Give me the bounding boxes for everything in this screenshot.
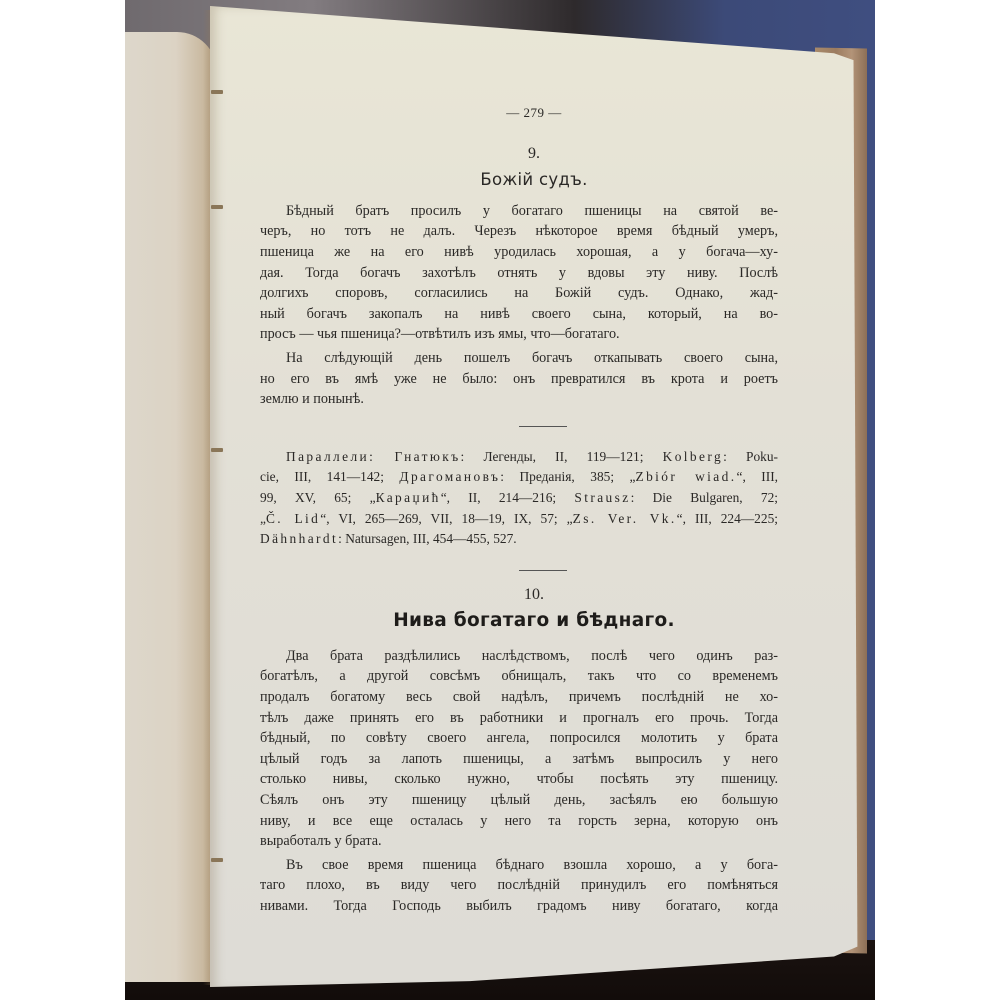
binding-stitch	[211, 90, 223, 94]
reference-line: cie, III, 141—142; Драгомановъ: Преданія…	[260, 467, 778, 488]
paragraph: На слѣдующій день пошелъ богачъ откапыва…	[260, 348, 778, 410]
page-content: — 279 — 9. Божій судъ. Бѣдный братъ прос…	[260, 103, 778, 917]
text-line: Въ свое время пшеница бѣднаго взошла хор…	[260, 855, 778, 876]
text-line: бѣдный, по совѣту своего ангела, попроси…	[260, 728, 778, 749]
text-line: ный богачъ закопалъ на нивѣ своего сына,…	[260, 304, 778, 325]
text-line: тѣлъ даже принять его въ работники и про…	[260, 708, 778, 729]
binding-stitch	[211, 858, 223, 862]
reference-line: Dähnhardt: Natursagen, III, 454—455, 527…	[260, 529, 778, 550]
section-title: Нива богатаго и бѣднаго.	[290, 611, 778, 632]
binding-stitch	[211, 205, 223, 209]
section-divider	[519, 570, 567, 571]
text-line: продалъ богатому весь свой надѣлъ, приче…	[260, 687, 778, 708]
page-number: — 279 —	[290, 103, 778, 124]
paragraph: Бѣдный братъ просилъ у богатаго пшеницы …	[260, 201, 778, 345]
text-line: землю и понынѣ.	[260, 389, 778, 410]
section-number: 10.	[290, 585, 778, 606]
section-body: Бѣдный братъ просилъ у богатаго пшеницы …	[260, 201, 778, 410]
text-line: ниву, и все еще осталась у него та горст…	[260, 811, 778, 832]
text-line: На слѣдующій день пошелъ богачъ откапыва…	[260, 348, 778, 369]
section-title: Божій судъ.	[290, 170, 778, 191]
text-line: пшеница же на его нивѣ уродилась хорошая…	[260, 242, 778, 263]
text-line: богатѣлъ, а другой совсѣмъ обнищалъ, так…	[260, 666, 778, 687]
section-divider	[519, 426, 567, 427]
reference-line: Параллели: Гнатюкъ: Легенды, II, 119—121…	[260, 447, 778, 468]
text-line: выработалъ у брата.	[260, 831, 778, 852]
references: Параллели: Гнатюкъ: Легенды, II, 119—121…	[260, 447, 778, 550]
section-number: 9.	[290, 144, 778, 165]
text-line: Два брата раздѣлились наслѣдствомъ, посл…	[260, 646, 778, 667]
paragraph: Въ свое время пшеница бѣднаго взошла хор…	[260, 855, 778, 917]
text-line: но его въ ямѣ уже не было: онъ превратил…	[260, 369, 778, 390]
text-line: столько нивы, сколько нужно, чтобы посѣя…	[260, 769, 778, 790]
text-line: Бѣдный братъ просилъ у богатаго пшеницы …	[260, 201, 778, 222]
text-line: долгихъ споровъ, согласились на Божій су…	[260, 283, 778, 304]
text-line: нивами. Тогда Господь выбилъ градомъ нив…	[260, 896, 778, 917]
text-line: таго плохо, въ виду чего послѣдній прину…	[260, 875, 778, 896]
text-line: просъ — чья пшеница?—отвѣтилъ изъ ямы, ч…	[260, 324, 778, 345]
reference-line: 99, XV, 65; „Караџић“, II, 214—216; Stra…	[260, 488, 778, 509]
text-line: Сѣялъ онъ эту пшеницу цѣлый день, засѣял…	[260, 790, 778, 811]
text-line: черъ, но тотъ не далъ. Черезъ нѣкоторое …	[260, 221, 778, 242]
binding-stitch	[211, 448, 223, 452]
text-line: цѣлый годъ за лапоть пшеницы, а затѣмъ в…	[260, 749, 778, 770]
paragraph: Два брата раздѣлились наслѣдствомъ, посл…	[260, 646, 778, 852]
text-line: дая. Тогда богачъ захотѣлъ отнять у вдов…	[260, 263, 778, 284]
reference-line: „Č. Lid“, VI, 265—269, VII, 18—19, IX, 5…	[260, 509, 778, 530]
section-body: Два брата раздѣлились наслѣдствомъ, посл…	[260, 646, 778, 917]
